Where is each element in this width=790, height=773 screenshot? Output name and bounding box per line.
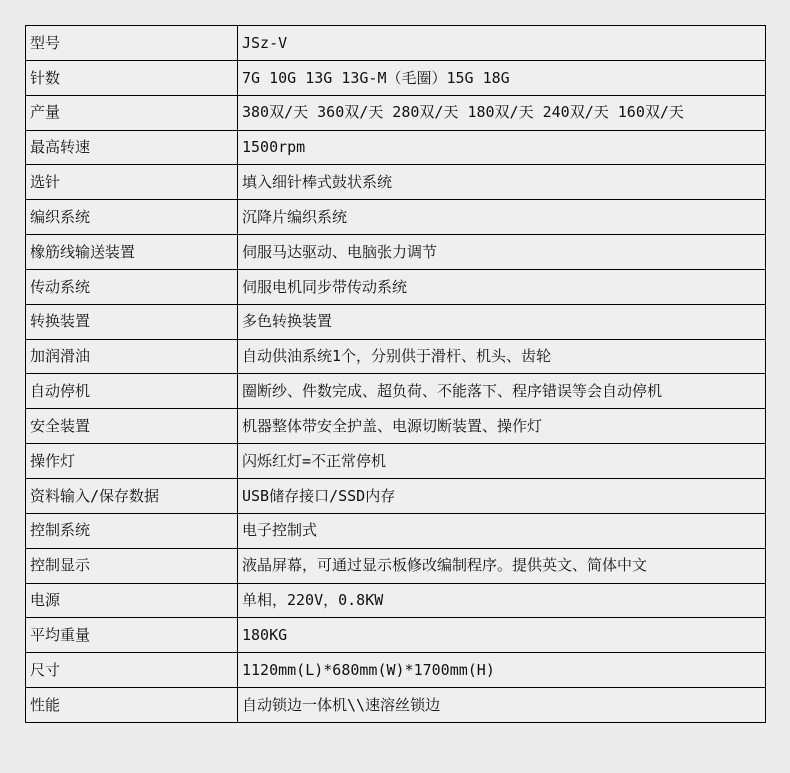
spec-value-cell: 自动供油系统1个，分别供于滑杆、机头、齿轮 [238, 339, 766, 374]
spec-row: 安全装置机器整体带安全护盖、电源切断装置、操作灯 [26, 409, 766, 444]
spec-label-cell: 加润滑油 [26, 339, 238, 374]
spec-label-cell: 性能 [26, 688, 238, 723]
spec-label-cell: 安全装置 [26, 409, 238, 444]
spec-row: 控制系统电子控制式 [26, 513, 766, 548]
spec-value-cell: 机器整体带安全护盖、电源切断装置、操作灯 [238, 409, 766, 444]
spec-label-cell: 针数 [26, 60, 238, 95]
spec-value-cell: 1500rpm [238, 130, 766, 165]
spec-value-cell: 圈断纱、件数完成、超负荷、不能落下、程序错误等会自动停机 [238, 374, 766, 409]
spec-label-cell: 型号 [26, 26, 238, 61]
spec-label-cell: 橡筋线输送装置 [26, 235, 238, 270]
spec-row: 型号JSz-V [26, 26, 766, 61]
spec-row: 编织系统沉降片编织系统 [26, 200, 766, 235]
spec-row: 橡筋线输送装置伺服马达驱动、电脑张力调节 [26, 235, 766, 270]
spec-value-cell: 1120mm(L)*680mm(W)*1700mm(H) [238, 653, 766, 688]
spec-label-cell: 资料输入/保存数据 [26, 478, 238, 513]
spec-value-cell: 填入细针棒式鼓状系统 [238, 165, 766, 200]
spec-table-body: 型号JSz-V针数7G 10G 13G 13G-M（毛圈）15G 18G产量38… [26, 26, 766, 723]
spec-row: 性能自动锁边一体机\\速溶丝锁边 [26, 688, 766, 723]
spec-value-cell: JSz-V [238, 26, 766, 61]
spec-label-cell: 操作灯 [26, 444, 238, 479]
spec-row: 转换装置多色转换装置 [26, 304, 766, 339]
spec-label-cell: 编织系统 [26, 200, 238, 235]
spec-label-cell: 转换装置 [26, 304, 238, 339]
spec-row: 传动系统伺服电机同步带传动系统 [26, 269, 766, 304]
spec-row: 控制显示液晶屏幕，可通过显示板修改编制程序。提供英文、简体中文 [26, 548, 766, 583]
spec-value-cell: 180KG [238, 618, 766, 653]
spec-value-cell: 伺服电机同步带传动系统 [238, 269, 766, 304]
spec-label-cell: 产量 [26, 95, 238, 130]
spec-value-cell: 闪烁红灯=不正常停机 [238, 444, 766, 479]
spec-row: 操作灯闪烁红灯=不正常停机 [26, 444, 766, 479]
spec-row: 自动停机圈断纱、件数完成、超负荷、不能落下、程序错误等会自动停机 [26, 374, 766, 409]
spec-row: 资料输入/保存数据USB储存接口/SSD内存 [26, 478, 766, 513]
spec-label-cell: 电源 [26, 583, 238, 618]
spec-row: 针数7G 10G 13G 13G-M（毛圈）15G 18G [26, 60, 766, 95]
spec-label-cell: 传动系统 [26, 269, 238, 304]
spec-value-cell: 电子控制式 [238, 513, 766, 548]
spec-value-cell: USB储存接口/SSD内存 [238, 478, 766, 513]
spec-value-cell: 自动锁边一体机\\速溶丝锁边 [238, 688, 766, 723]
spec-label-cell: 控制系统 [26, 513, 238, 548]
spec-value-cell: 液晶屏幕，可通过显示板修改编制程序。提供英文、简体中文 [238, 548, 766, 583]
spec-value-cell: 伺服马达驱动、电脑张力调节 [238, 235, 766, 270]
spec-row: 电源单相，220V，0.8KW [26, 583, 766, 618]
spec-label-cell: 控制显示 [26, 548, 238, 583]
spec-value-cell: 7G 10G 13G 13G-M（毛圈）15G 18G [238, 60, 766, 95]
spec-value-cell: 沉降片编织系统 [238, 200, 766, 235]
spec-row: 平均重量180KG [26, 618, 766, 653]
spec-value-cell: 单相，220V，0.8KW [238, 583, 766, 618]
spec-row: 产量380双/天 360双/天 280双/天 180双/天 240双/天 160… [26, 95, 766, 130]
spec-value-cell: 多色转换装置 [238, 304, 766, 339]
spec-row: 选针填入细针棒式鼓状系统 [26, 165, 766, 200]
spec-label-cell: 最高转速 [26, 130, 238, 165]
spec-label-cell: 尺寸 [26, 653, 238, 688]
spec-row: 最高转速1500rpm [26, 130, 766, 165]
spec-table: 型号JSz-V针数7G 10G 13G 13G-M（毛圈）15G 18G产量38… [25, 25, 766, 723]
spec-label-cell: 平均重量 [26, 618, 238, 653]
spec-value-cell: 380双/天 360双/天 280双/天 180双/天 240双/天 160双/… [238, 95, 766, 130]
spec-label-cell: 选针 [26, 165, 238, 200]
spec-row: 加润滑油自动供油系统1个，分别供于滑杆、机头、齿轮 [26, 339, 766, 374]
spec-row: 尺寸1120mm(L)*680mm(W)*1700mm(H) [26, 653, 766, 688]
spec-label-cell: 自动停机 [26, 374, 238, 409]
